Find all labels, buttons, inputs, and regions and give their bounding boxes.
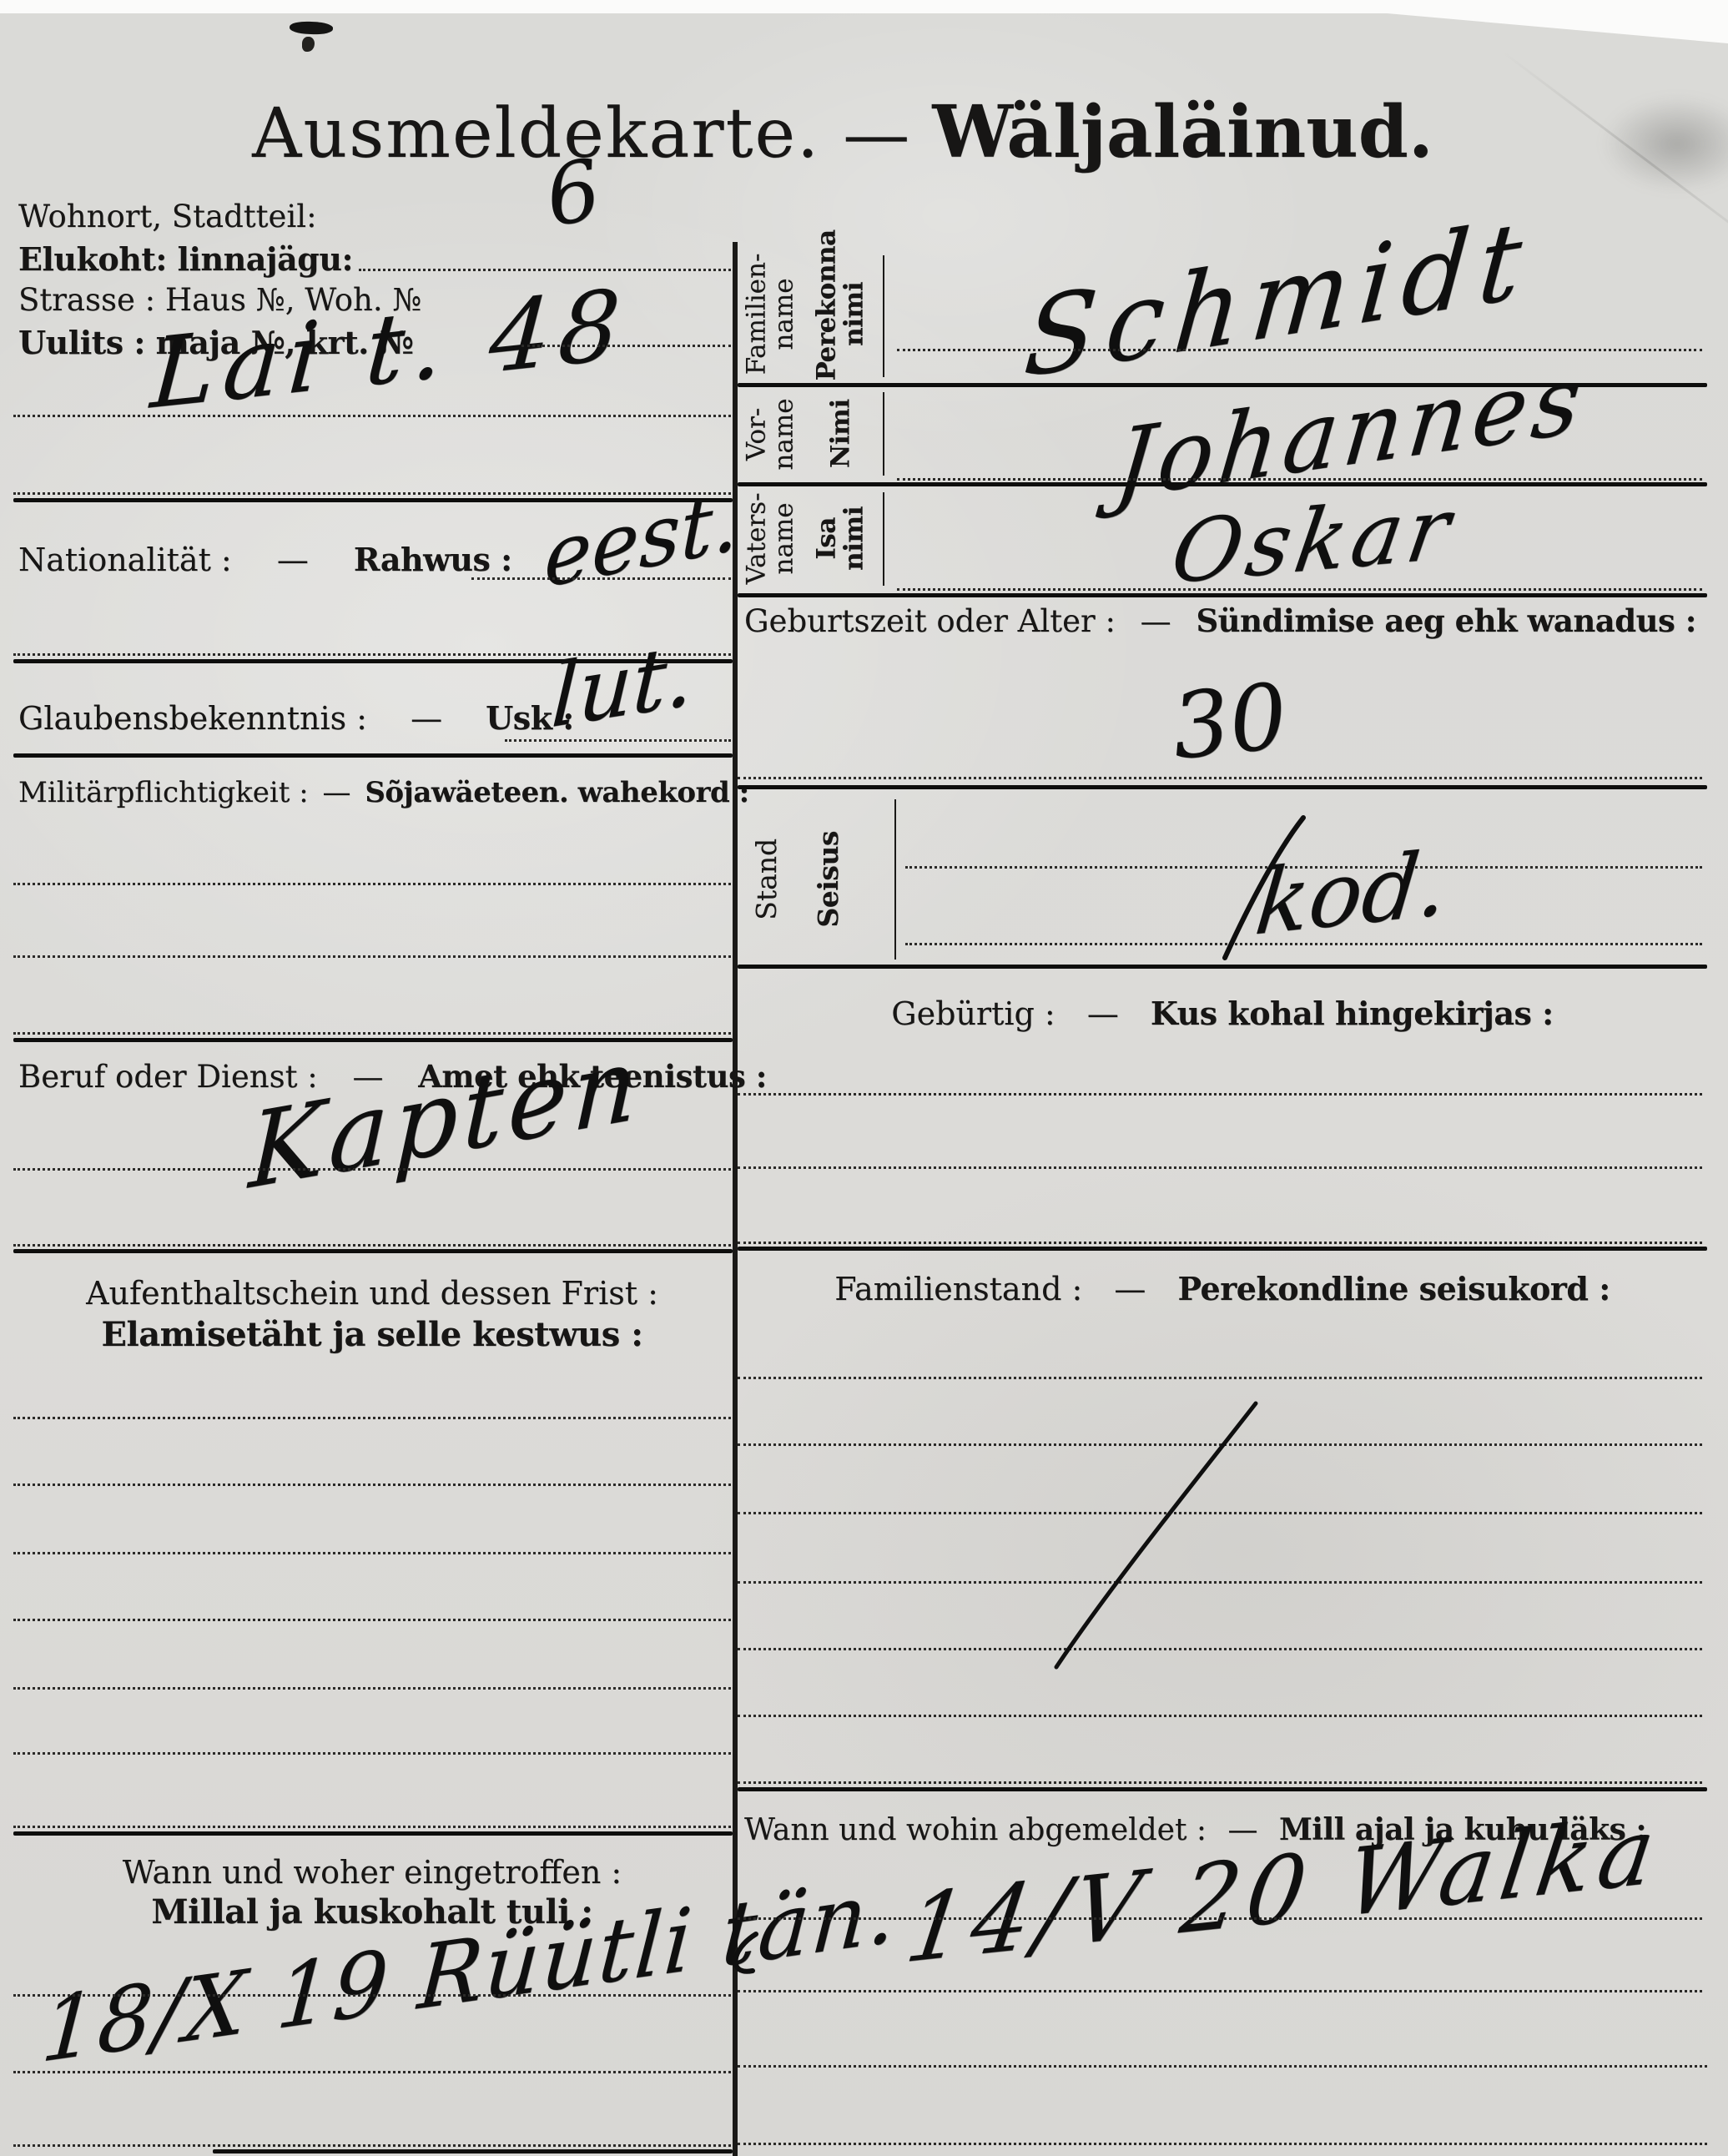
ausmeldekarte-document: Ausmeldekarte. — Wäljaläinud. Wohnort, S… (0, 0, 1728, 2156)
stroke-stray-curl (735, 1934, 756, 1972)
stroke-status-flourish (1225, 818, 1303, 958)
stroke-marital-slash (1056, 1403, 1256, 1667)
handwritten-strokes (0, 0, 1728, 2156)
